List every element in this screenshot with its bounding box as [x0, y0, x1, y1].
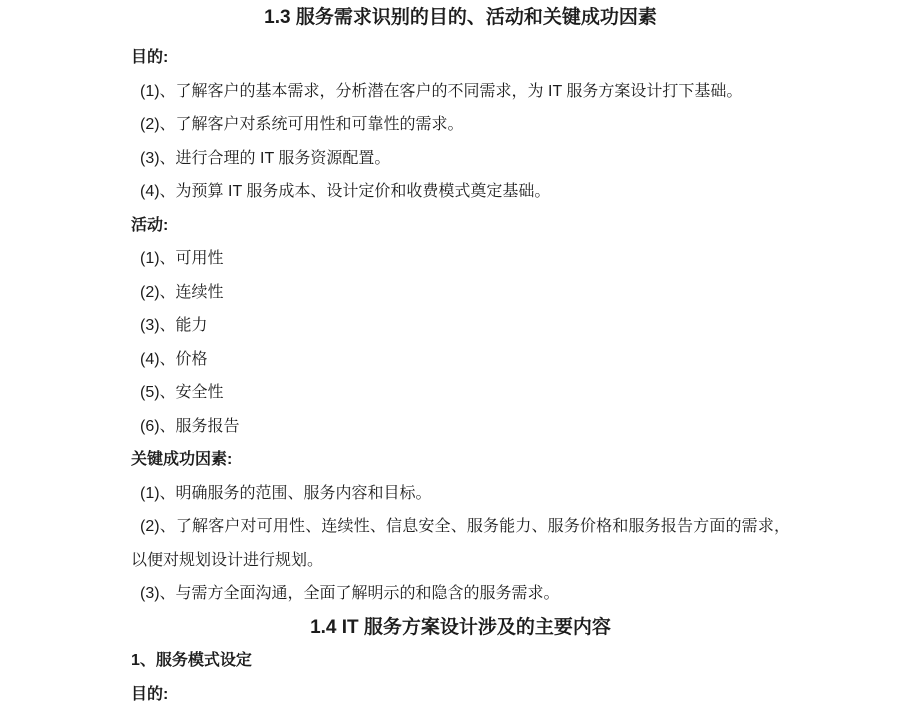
service-mode-sub-item: 1、服务模式设定 [131, 644, 790, 678]
activity-item-1: (1)、可用性 [131, 242, 790, 276]
section-1-4-heading: 1.4 IT 服务方案设计涉及的主要内容 [131, 611, 790, 645]
purpose-label: 目的: [131, 41, 790, 75]
activity-item-4: (4)、价格 [131, 343, 790, 377]
activity-item-5: (5)、安全性 [131, 376, 790, 410]
csf-item-2: (2)、了解客户对可用性、连续性、信息安全、服务能力、服务价格和服务报告方面的需… [131, 510, 790, 577]
purpose-label-2: 目的: [131, 678, 790, 712]
document-page: 1.3 服务需求识别的目的、活动和关键成功因素 目的: (1)、了解客户的基本需… [0, 0, 905, 713]
purpose-item-1: (1)、了解客户的基本需求，分析潜在客户的不同需求，为 IT 服务方案设计打下基… [131, 75, 790, 109]
section-1-3-heading: 1.3 服务需求识别的目的、活动和关键成功因素 [131, 0, 790, 36]
key-success-factors-label: 关键成功因素: [131, 443, 790, 477]
activity-item-2: (2)、连续性 [131, 276, 790, 310]
csf-item-3: (3)、与需方全面沟通，全面了解明示的和隐含的服务需求。 [131, 577, 790, 611]
purpose-item-2: (2)、了解客户对系统可用性和可靠性的需求。 [131, 108, 790, 142]
activity-item-3: (3)、能力 [131, 309, 790, 343]
purpose-item-4: (4)、为预算 IT 服务成本、设计定价和收费模式奠定基础。 [131, 175, 790, 209]
csf-item-1: (1)、明确服务的范围、服务内容和目标。 [131, 477, 790, 511]
purpose-item-3: (3)、进行合理的 IT 服务资源配置。 [131, 142, 790, 176]
activities-label: 活动: [131, 209, 790, 243]
activity-item-6: (6)、服务报告 [131, 410, 790, 444]
